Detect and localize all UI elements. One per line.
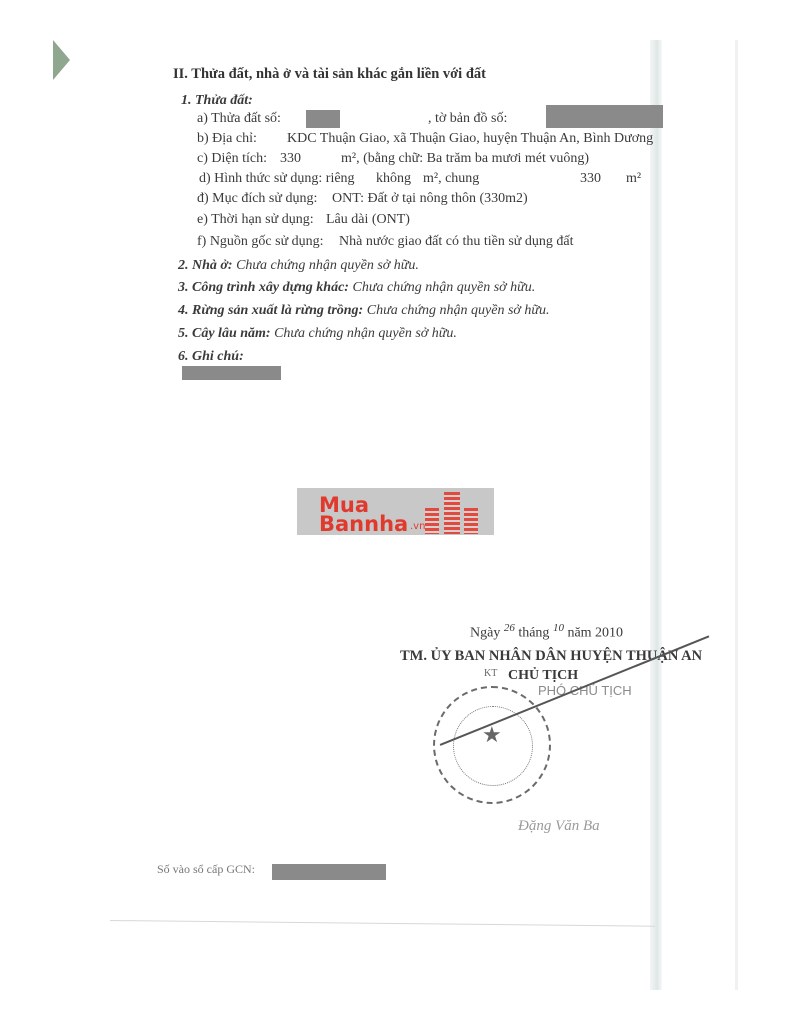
address-value: KDC Thuận Giao, xã Thuận Giao, huyện Thu… [287, 131, 653, 147]
section-title: II. Thửa đất, nhà ở và tài sản khác gắn … [173, 66, 486, 83]
map-sheet-redacted [546, 105, 663, 128]
item-label: 2. Nhà ở: [178, 258, 233, 273]
item-label: 4. Rừng sản xuất là rừng trồng: [178, 303, 363, 318]
building-icon [425, 508, 439, 534]
ks-mark: KT [484, 668, 497, 679]
address-label: b) Địa chỉ: [197, 131, 257, 147]
item-planted-forest: 4. Rừng sản xuất là rừng trồng: Chưa chứ… [178, 303, 550, 319]
item-value: Chưa chứng nhận quyền sở hữu. [236, 258, 419, 273]
item-perennial-trees: 5. Cây lâu năm: Chưa chứng nhận quyền sở… [178, 326, 457, 342]
registry-redacted [272, 864, 386, 880]
official-seal-icon: ★ [433, 686, 551, 804]
chair-title: CHỦ TỊCH [508, 668, 578, 684]
term-label: e) Thời hạn sử dụng: [197, 212, 314, 228]
item-value: Chưa chứng nhận quyền sở hữu. [352, 280, 535, 295]
month-handwritten: 10 [553, 622, 564, 634]
shared-area-value: 330 [580, 171, 601, 187]
watermark-logo: Mua Bannha .vn [297, 488, 494, 535]
item-other-construction: 3. Công trình xây dựng khác: Chưa chứng … [178, 280, 535, 296]
seal-emblem: ★ [453, 706, 533, 786]
issue-date: Ngày 26 tháng 10 năm 2010 [470, 622, 623, 642]
item-value: Chưa chứng nhận quyền sở hữu. [367, 303, 550, 318]
building-icon [444, 492, 460, 534]
purpose-label: đ) Mục đích sử dụng: [197, 191, 317, 207]
parcel-number-label: a) Thửa đất số: [197, 111, 281, 127]
land-parcel-heading: 1. Thửa đất: [181, 93, 253, 109]
item-label: 3. Công trình xây dựng khác: [178, 280, 349, 295]
area-in-words: m², (bằng chữ: Ba trăm ba mươi mét vuông… [341, 151, 589, 167]
private-area-value: không [376, 171, 411, 187]
purpose-value: ONT: Đất ở tại nông thôn (330m2) [332, 191, 528, 207]
notes-redacted [182, 366, 281, 380]
area-label: c) Diện tích: [197, 151, 267, 167]
term-value: Lâu dài (ONT) [326, 212, 410, 228]
usage-form-label: d) Hình thức sử dụng: riêng [199, 171, 355, 187]
watermark-suffix: .vn [410, 521, 425, 532]
corner-triangle-icon [53, 40, 70, 80]
item-house: 2. Nhà ở: Chưa chứng nhận quyền sở hữu. [178, 258, 419, 274]
shared-area-unit: m² [626, 171, 641, 187]
map-sheet-label: , tờ bản đồ số: [428, 111, 507, 127]
origin-value: Nhà nước giao đất có thu tiền sử dụng đấ… [339, 234, 573, 250]
registry-label: Số vào sổ cấp GCN: [157, 862, 255, 877]
paper-edge [735, 40, 738, 990]
paper-fold-shadow [650, 40, 662, 990]
parcel-number-redacted [306, 110, 340, 128]
origin-label: f) Nguồn gốc sử dụng: [197, 234, 324, 250]
day-handwritten: 26 [504, 622, 515, 634]
private-area-unit: m², chung [423, 171, 479, 187]
area-value: 330 [280, 151, 301, 167]
item-label: 5. Cây lâu năm: [178, 326, 271, 341]
signer-name: Đặng Văn Ba [518, 818, 600, 835]
item-notes-label: 6. Ghi chú: [178, 349, 244, 365]
paper-bottom-edge [110, 920, 655, 927]
building-icon [464, 508, 478, 534]
item-value: Chưa chứng nhận quyền sở hữu. [274, 326, 457, 341]
watermark-line2: Bannha [319, 514, 408, 534]
